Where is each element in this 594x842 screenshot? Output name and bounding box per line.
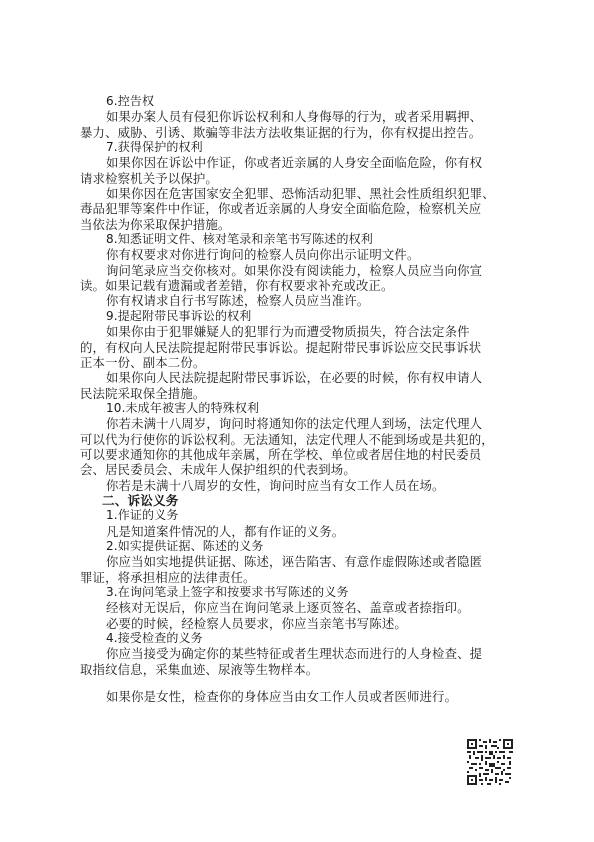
document-body: 6.控告权如果办案人员有侵犯你诉讼权利和人身侮辱的行为，或者采用羁押、暴力、威胁… — [80, 94, 520, 704]
document-page: 6.控告权如果办案人员有侵犯你诉讼权利和人身侮辱的行为，或者采用羁押、暴力、威胁… — [0, 0, 594, 842]
text-line: 如果你由于犯罪嫌疑人的犯罪行为而遭受物质损失，符合法定条件 — [80, 324, 520, 339]
text-line: 会、居民委员会、未成年人保护组织的代表到场。 — [80, 462, 520, 477]
text-line: 你有权请求自行书写陈述，检察人员应当准许。 — [80, 293, 520, 308]
text-line: 如果你因在危害国家安全犯罪、恐怖活动犯罪、黑社会性质组织犯罪、 — [80, 186, 520, 201]
text-line: 经核对无误后，你应当在询问笔录上逐页签名、盖章或者捺指印。 — [80, 600, 520, 615]
subsection-heading: 4.接受检查的义务 — [80, 631, 520, 646]
text-line: 你应当接受为确定你的某些特征或者生理状态而进行的人身检查、提 — [80, 646, 520, 661]
subsection-heading: 1.作证的义务 — [80, 508, 520, 523]
text-line: 凡是知道案件情况的人，都有作证的义务。 — [80, 524, 520, 539]
paragraph-gap — [80, 677, 520, 689]
text-line: 民法院采取保全措施。 — [80, 386, 520, 401]
text-line: 罪证，将承担相应的法律责任。 — [80, 570, 520, 585]
subsection-heading: 7.获得保护的权利 — [80, 140, 520, 155]
text-line: 必要的时候，经检察人员要求，你应当亲笔书写陈述。 — [80, 616, 520, 631]
text-line: 如果你向人民法院提起附带民事诉讼，在必要的时候，你有权申请人 — [80, 370, 520, 385]
subsection-heading: 10.未成年被害人的特殊权利 — [80, 401, 520, 416]
text-line: 取指纹信息，采集血迹、尿液等生物样本。 — [80, 662, 520, 677]
text-line: 请求检察机关予以保护。 — [80, 171, 520, 186]
text-line: 你应当如实地提供证据、陈述，诬告陷害、有意作虚假陈述或者隐匿 — [80, 554, 520, 569]
subsection-heading: 3.在询问笔录上签字和按要求书写陈述的义务 — [80, 585, 520, 600]
text-line: 当依法为你采取保护措施。 — [80, 217, 520, 232]
text-line: 暴力、威胁、引诱、欺骗等非法方法收集证据的行为，你有权提出控告。 — [80, 125, 520, 140]
text-line: 你若是未满十八周岁的女性，询问时应当有女工作人员在场。 — [80, 478, 520, 493]
subsection-heading: 9.提起附带民事诉讼的权利 — [80, 309, 520, 324]
text-line: 如果办案人员有侵犯你诉讼权利和人身侮辱的行为，或者采用羁押、 — [80, 109, 520, 124]
qr-code-icon — [467, 739, 513, 785]
subsection-heading: 8.知悉证明文件、核对笔录和亲笔书写陈述的权利 — [80, 232, 520, 247]
text-line: 正本一份、副本二份。 — [80, 355, 520, 370]
section-heading: 二、诉讼义务 — [80, 493, 520, 508]
text-line: 读。如果记载有遗漏或者差错，你有权要求补充或改正。 — [80, 278, 520, 293]
text-line: 的，有权向人民法院提起附带民事诉讼。提起附带民事诉讼应交民事诉状 — [80, 340, 520, 355]
text-line: 可以要求通知你的其他成年亲属，所在学校、单位或者居住地的村民委员 — [80, 447, 520, 462]
text-line: 如果你是女性，检查你的身体应当由女工作人员或者医师进行。 — [80, 689, 520, 704]
subsection-heading: 6.控告权 — [80, 94, 520, 109]
text-line: 你有权要求对你进行询问的检察人员向你出示证明文件。 — [80, 247, 520, 262]
text-line: 毒品犯罪等案件中作证，你或者近亲属的人身安全面临危险，检察机关应 — [80, 201, 520, 216]
text-line: 可以代为行使你的诉讼权利。无法通知，法定代理人不能到场或是共犯的， — [80, 432, 520, 447]
text-line: 如果你因在诉讼中作证，你或者近亲属的人身安全面临危险，你有权 — [80, 155, 520, 170]
text-line: 你若未满十八周岁，询问时将通知你的法定代理人到场，法定代理人 — [80, 416, 520, 431]
subsection-heading: 2.如实提供证据、陈述的义务 — [80, 539, 520, 554]
text-line: 询问笔录应当交你核对。如果你没有阅读能力，检察人员应当向你宣 — [80, 263, 520, 278]
